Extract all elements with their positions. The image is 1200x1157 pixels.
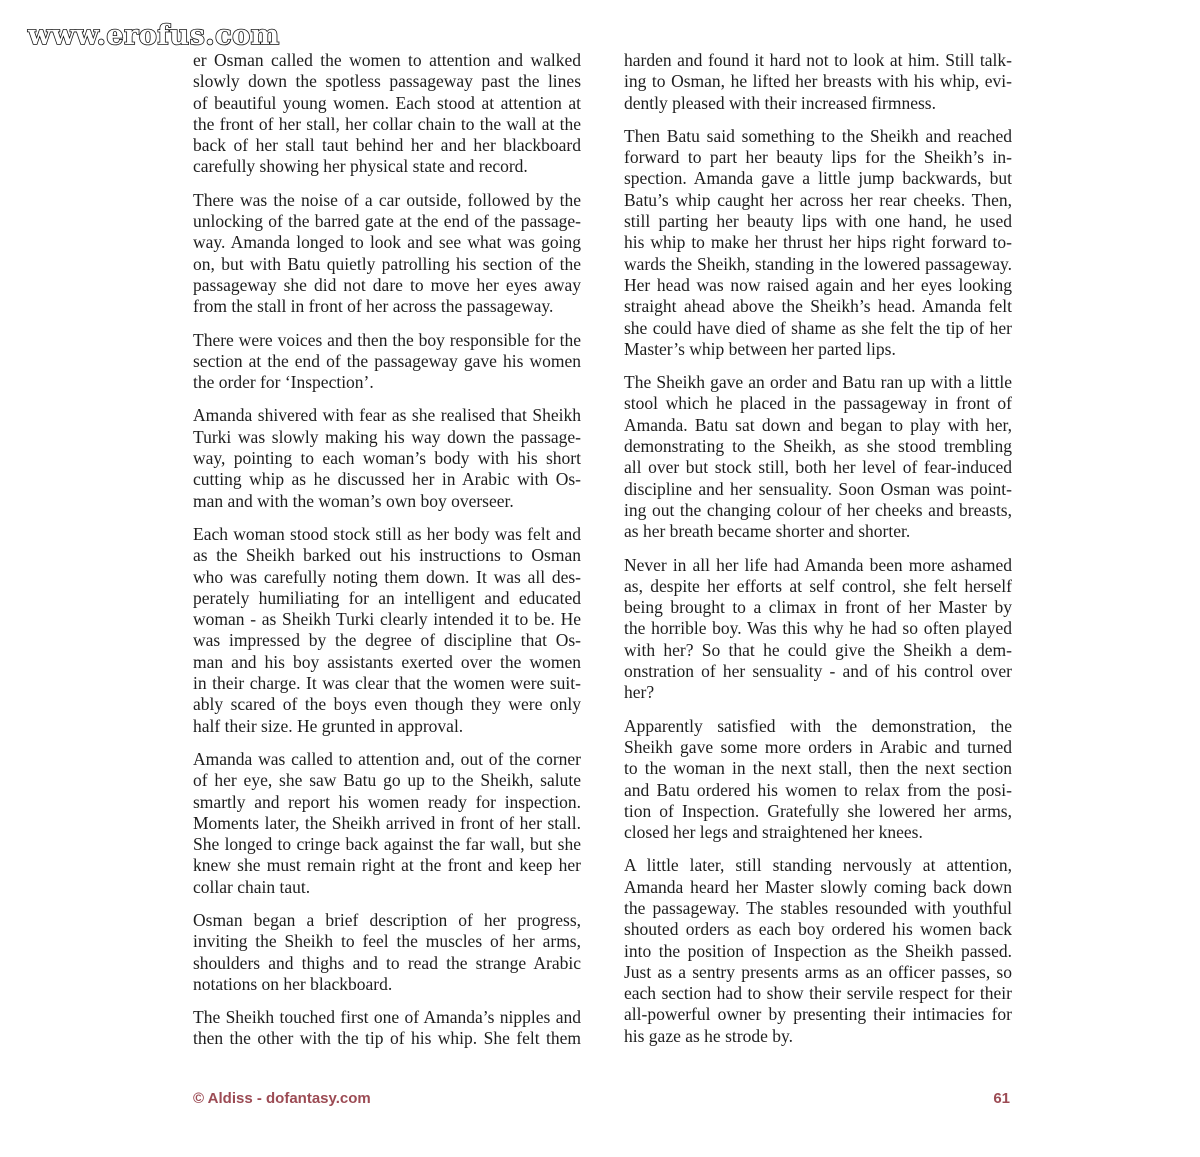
text-line: ably scared of the boys even though they… xyxy=(193,694,581,715)
text-line: forward to part her beauty lips for the … xyxy=(624,147,1012,168)
text-line: of her eye, she saw Batu go up to the Sh… xyxy=(193,770,581,791)
text-line: Apparently satisfied with the demonstrat… xyxy=(624,716,1012,737)
text-line: smartly and report his women ready for i… xyxy=(193,792,581,813)
text-line: Then Batu said something to the Sheikh a… xyxy=(624,126,1012,147)
text-line: straight ahead above the Sheikh’s head. … xyxy=(624,296,1012,317)
text-line: to the woman in the next stall, then the… xyxy=(624,758,1012,779)
text-line: er Osman called the women to attention a… xyxy=(193,50,581,71)
text-line: She longed to cringe back against the fa… xyxy=(193,834,581,855)
text-line: as her breath became shorter and shorter… xyxy=(624,521,1012,542)
text-line: Moments later, the Sheikh arrived in fro… xyxy=(193,813,581,834)
text-line: Batu’s whip caught her across her rear c… xyxy=(624,190,1012,211)
text-line: closed her legs and straightened her kne… xyxy=(624,822,1012,843)
text-line: the front of her stall, her collar chain… xyxy=(193,114,581,135)
page-number: 61 xyxy=(993,1090,1010,1107)
text-line: demonstrating to the Sheikh, as she stoo… xyxy=(624,436,1012,457)
text-line: the passageway. The stables resounded wi… xyxy=(624,898,1012,919)
text-line: Sheikh gave some more orders in Arabic a… xyxy=(624,737,1012,758)
text-line: into the position of Inspection as the S… xyxy=(624,941,1012,962)
text-line: on, but with Batu quietly patrolling his… xyxy=(193,254,581,275)
text-line: as, despite her efforts at self control,… xyxy=(624,576,1012,597)
paragraph: Then Batu said something to the Sheikh a… xyxy=(624,126,1012,360)
text-line: There were voices and then the boy respo… xyxy=(193,330,581,351)
paragraph: harden and found it hard not to look at … xyxy=(624,50,1012,114)
text-line: wards the Sheikh, standing in the lowere… xyxy=(624,254,1012,275)
text-line: unlocking of the barred gate at the end … xyxy=(193,211,581,232)
text-line: all-powerful owner by presenting their i… xyxy=(624,1004,1012,1025)
text-line: knew she must remain right at the front … xyxy=(193,855,581,876)
text-line: was impressed by the degree of disciplin… xyxy=(193,630,581,651)
text-line: still parting her beauty lips with one h… xyxy=(624,211,1012,232)
text-line: The Sheikh touched first one of Amanda’s… xyxy=(193,1007,581,1028)
paragraph: There was the noise of a car outside, fo… xyxy=(193,190,581,318)
text-line: her? xyxy=(624,682,1012,703)
text-line: section at the end of the passageway gav… xyxy=(193,351,581,372)
text-line: his gaze as he strode by. xyxy=(624,1026,1012,1047)
text-line: each section had to show their servile r… xyxy=(624,983,1012,1004)
text-line: Amanda was called to attention and, out … xyxy=(193,749,581,770)
page-footer: © Aldiss - dofantasy.com 61 xyxy=(193,1090,1010,1107)
text-line: the order for ‘Inspection’. xyxy=(193,372,581,393)
text-line: man and with the woman’s own boy oversee… xyxy=(193,491,581,512)
text-line: Each woman stood stock still as her body… xyxy=(193,524,581,545)
text-line: There was the noise of a car outside, fo… xyxy=(193,190,581,211)
text-line: in their charge. It was clear that the w… xyxy=(193,673,581,694)
text-column-right: harden and found it hard not to look at … xyxy=(624,50,1012,1050)
text-line: from the stall in front of her across th… xyxy=(193,296,581,317)
text-line: tion of Inspection. Gratefully she lower… xyxy=(624,801,1012,822)
text-line: A little later, still standing nervously… xyxy=(624,855,1012,876)
paragraph: The Sheikh gave an order and Batu ran up… xyxy=(624,372,1012,542)
text-line: the horrible boy. Was this why he had so… xyxy=(624,618,1012,639)
paragraph: Never in all her life had Amanda been mo… xyxy=(624,555,1012,704)
text-line: passageway she did not dare to move her … xyxy=(193,275,581,296)
text-line: notations on her blackboard. xyxy=(193,974,581,995)
text-line: way, pointing to each woman’s body with … xyxy=(193,448,581,469)
paragraph: er Osman called the women to attention a… xyxy=(193,50,581,178)
text-line: and Batu ordered his women to relax from… xyxy=(624,780,1012,801)
paragraph: Osman began a brief description of her p… xyxy=(193,910,581,995)
paragraph: Amanda shivered with fear as she realise… xyxy=(193,405,581,511)
paragraph: Each woman stood stock still as her body… xyxy=(193,524,581,737)
text-line: Just as a sentry presents arms as an off… xyxy=(624,962,1012,983)
watermark: www.erofus.com xyxy=(28,20,280,51)
text-line: woman - as Sheikh Turki clearly intended… xyxy=(193,609,581,630)
text-line: harden and found it hard not to look at … xyxy=(624,50,1012,71)
text-line: being brought to a climax in front of he… xyxy=(624,597,1012,618)
text-line: perately humiliating for an intelligent … xyxy=(193,588,581,609)
text-line: Never in all her life had Amanda been mo… xyxy=(624,555,1012,576)
paragraph: Amanda was called to attention and, out … xyxy=(193,749,581,898)
text-line: his whip to make her thrust her hips rig… xyxy=(624,232,1012,253)
paragraph: There were voices and then the boy respo… xyxy=(193,330,581,394)
paragraph: A little later, still standing nervously… xyxy=(624,855,1012,1047)
text-line: with her? So that he could give the Shei… xyxy=(624,640,1012,661)
text-line: all over but stock still, both her level… xyxy=(624,457,1012,478)
copyright-text: © Aldiss - dofantasy.com xyxy=(193,1090,371,1107)
text-line: ing out the changing colour of her cheek… xyxy=(624,500,1012,521)
text-line: man and his boy assistants exerted over … xyxy=(193,652,581,673)
text-line: way. Amanda longed to look and see what … xyxy=(193,232,581,253)
text-line: Amanda. Batu sat down and began to play … xyxy=(624,415,1012,436)
text-line: The Sheikh gave an order and Batu ran up… xyxy=(624,372,1012,393)
text-column-left: er Osman called the women to attention a… xyxy=(193,50,581,1050)
text-line: shouted orders as each boy ordered his w… xyxy=(624,919,1012,940)
text-line: inviting the Sheikh to feel the muscles … xyxy=(193,931,581,952)
paragraph: Apparently satisfied with the demonstrat… xyxy=(624,716,1012,844)
text-line: spection. Amanda gave a little jump back… xyxy=(624,168,1012,189)
page-body: er Osman called the women to attention a… xyxy=(193,50,1012,1050)
text-line: shoulders and thighs and to read the str… xyxy=(193,953,581,974)
text-line: who was carefully noting them down. It w… xyxy=(193,567,581,588)
text-line: Her head was now raised again and her ey… xyxy=(624,275,1012,296)
text-line: collar chain taut. xyxy=(193,877,581,898)
text-line: Turki was slowly making his way down the… xyxy=(193,427,581,448)
text-line: she could have died of shame as she felt… xyxy=(624,318,1012,339)
text-line: carefully showing her physical state and… xyxy=(193,156,581,177)
text-line: half their size. He grunted in approval. xyxy=(193,716,581,737)
text-line: Amanda heard her Master slowly coming ba… xyxy=(624,877,1012,898)
text-line: discipline and her sensuality. Soon Osma… xyxy=(624,479,1012,500)
text-line: onstration of her sensuality - and of hi… xyxy=(624,661,1012,682)
text-line: as the Sheikh barked out his instruction… xyxy=(193,545,581,566)
text-line: Osman began a brief description of her p… xyxy=(193,910,581,931)
text-line: stool which he placed in the passageway … xyxy=(624,393,1012,414)
paragraph: The Sheikh touched first one of Amanda’s… xyxy=(193,1007,581,1050)
text-line: then the other with the tip of his whip.… xyxy=(193,1028,581,1049)
text-line: slowly down the spotless passageway past… xyxy=(193,71,581,92)
text-line: cutting whip as he discussed her in Arab… xyxy=(193,469,581,490)
text-line: back of her stall taut behind her and he… xyxy=(193,135,581,156)
text-line: Master’s whip between her parted lips. xyxy=(624,339,1012,360)
text-line: Amanda shivered with fear as she realise… xyxy=(193,405,581,426)
text-line: ing to Osman, he lifted her breasts with… xyxy=(624,71,1012,92)
text-line: dently pleased with their increased firm… xyxy=(624,93,1012,114)
text-line: of beautiful young women. Each stood at … xyxy=(193,93,581,114)
